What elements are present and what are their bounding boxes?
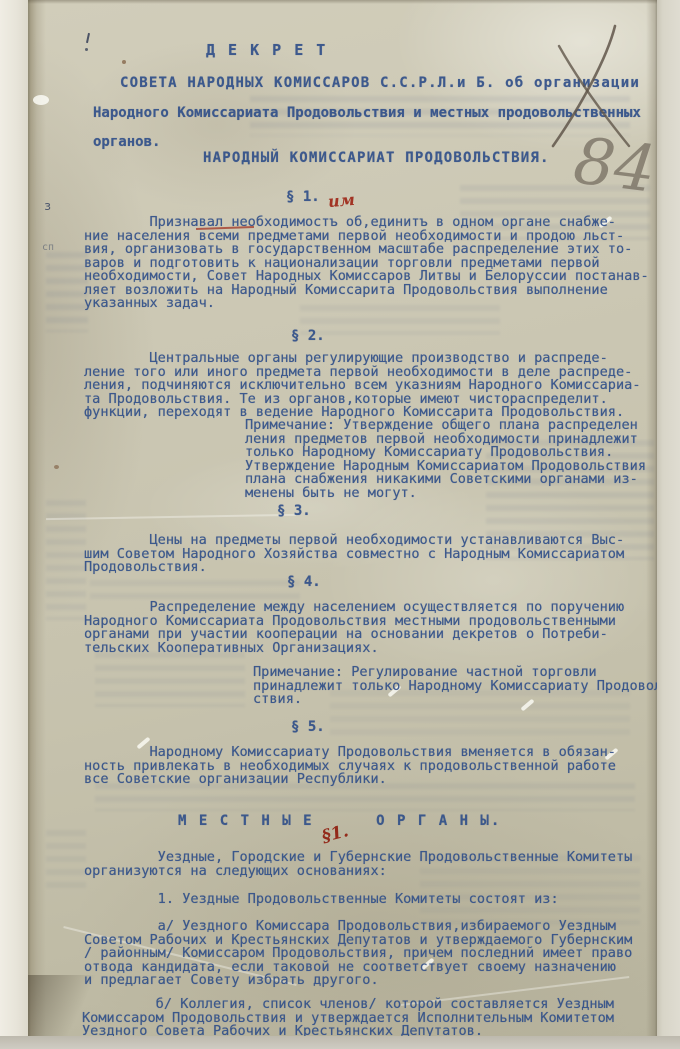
scanner-background-right	[657, 0, 680, 1049]
margin-mark: сп	[42, 242, 54, 253]
section-5-body: Народному Комиссариату Продовольствия вм…	[84, 746, 616, 787]
local-organs-intro: Уездные, Городские и Губернские Продовол…	[84, 851, 632, 878]
section-3-number: § 3.	[277, 505, 311, 519]
red-ink-note: им	[327, 192, 355, 210]
ink-dot-mark	[85, 48, 88, 51]
section-2-note: Примечание: Утверждение общего плана рас…	[245, 419, 646, 500]
section-4-body: Распределение между населением осуществл…	[84, 601, 624, 655]
local-organs-point-a: а/ Уездного Комиссара Продовольствия,изб…	[84, 920, 632, 988]
handwritten-page-number: 84	[570, 129, 659, 202]
decree-subject-tail: органов.	[93, 136, 160, 150]
decree-title: Д Е К Р Е Т	[206, 44, 327, 58]
section-5-number: § 5.	[291, 721, 325, 735]
section-2-number: § 2.	[291, 330, 325, 344]
section-1-number: § 1.	[286, 191, 320, 205]
section-3-body: Цены на предметы первой необходимости ус…	[84, 534, 624, 575]
margin-mark: з	[44, 199, 51, 213]
section-1-body: Признавал необходимостъ об,единитъ в одн…	[84, 216, 649, 311]
local-organs-point-b: б/ Коллегия, список членов/ которой сост…	[82, 998, 614, 1036]
section-4-note: Примечание: Регулирование частной торгов…	[253, 666, 657, 707]
scanner-background-bottom	[0, 1036, 680, 1049]
local-organs-item-1: 1. Уездные Продовольственные Комитеты со…	[84, 893, 559, 907]
commissariat-heading: НАРОДНЫЙ КОМИССАРИАТ ПРОДОВОЛЬСТВИЯ.	[203, 152, 550, 166]
scanned-decree-document: Д Е К Р Е Т СОВЕТА НАРОДНЫХ КОМИССАРОВ С…	[0, 0, 680, 1049]
typewritten-text-layer: Д Е К Р Е Т СОВЕТА НАРОДНЫХ КОМИССАРОВ С…	[0, 0, 657, 1036]
section-2-body: Центральные органы регулирующие производ…	[84, 352, 641, 420]
section-4-number: § 4.	[287, 576, 321, 590]
